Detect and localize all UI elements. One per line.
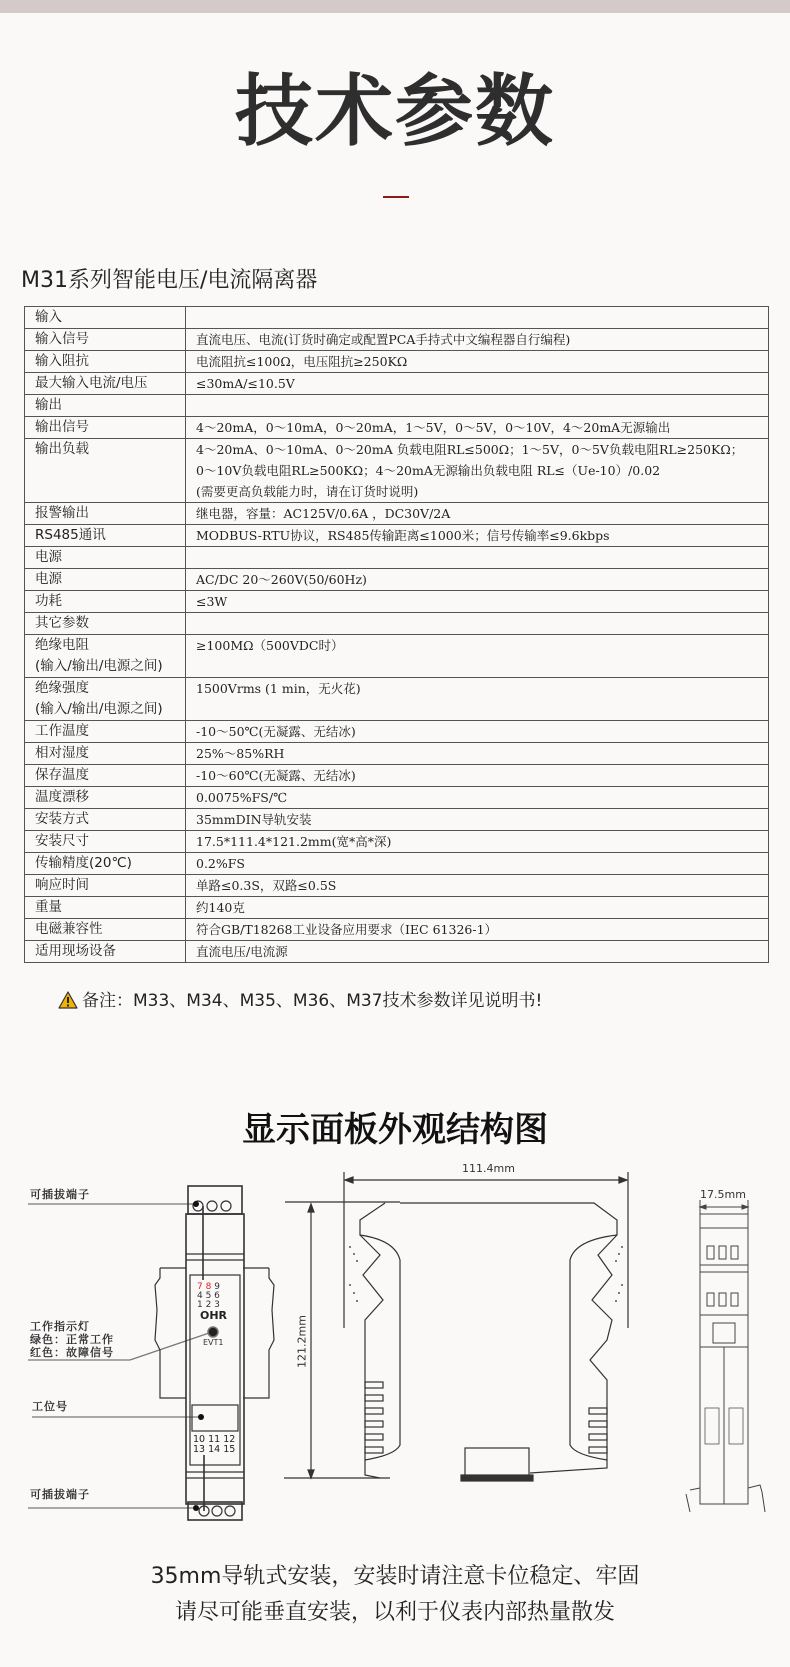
spec-key: 温度漂移	[25, 787, 186, 809]
spec-value: 继电器，容量：AC125V/0.6A ，DC30V/2A	[186, 503, 769, 525]
spec-key: 安装尺寸	[25, 831, 186, 853]
spec-key: 绝缘电阻(输入/输出/电源之间)	[25, 635, 186, 678]
table-row: 响应时间单路≤0.3S，双路≤0.5S	[25, 875, 769, 897]
table-row: 输入阻抗电流阻抗≤100Ω，电压阻抗≥250KΩ	[25, 351, 769, 373]
spec-value: 1500Vrms (1 min，无火花)	[186, 678, 769, 721]
spec-value: 35mmDIN导轨安装	[186, 809, 769, 831]
spec-value: 25%～85%RH	[186, 743, 769, 765]
spec-value: -10～50℃(无凝露、无结冰)	[186, 721, 769, 743]
product-subtitle: M31系列智能电压/电流隔离器	[21, 266, 317, 296]
spec-key: 工作温度	[25, 721, 186, 743]
table-row: 重量约140克	[25, 897, 769, 919]
table-section-row: 电源	[25, 547, 769, 569]
terminal-numbers-top: 7 8 9 4 5 6 1 2 3	[197, 1283, 220, 1310]
footer-line-1: 35mm导轨式安装，安装时请注意卡位稳定、牢固	[0, 1561, 790, 1593]
spec-key: 相对湿度	[25, 743, 186, 765]
warning-icon	[58, 991, 78, 1017]
spec-value: 0.2%FS	[186, 853, 769, 875]
table-row: 绝缘电阻(输入/输出/电源之间)≥100MΩ（500VDC时）	[25, 635, 769, 678]
spec-value: MODBUS-RTU协议，RS485传输距离≤1000米；信号传输率≤9.6kb…	[186, 525, 769, 547]
table-row: RS485通讯MODBUS-RTU协议，RS485传输距离≤1000米；信号传输…	[25, 525, 769, 547]
table-section-row: 其它参数	[25, 613, 769, 635]
dimension-height: 111.4mm	[462, 1162, 515, 1175]
spec-key: 适用现场设备	[25, 941, 186, 963]
spec-table-body: 输入输入信号直流电压、电流(订货时确定或配置PCA手持式中文编程器自行编程)输入…	[25, 307, 769, 963]
table-row: 电源AC/DC 20～260V(50/60Hz)	[25, 569, 769, 591]
spec-value: 0.0075%FS/℃	[186, 787, 769, 809]
table-row: 输出负载4～20mA、0～10mA、0～20mA 负载电阻RL≤500Ω；1～5…	[25, 439, 769, 503]
spec-value: 约140克	[186, 897, 769, 919]
spec-key: 输出信号	[25, 417, 186, 439]
table-row: 输出信号4～20mA，0～10mA，0～20mA，1～5V，0～5V，0～10V…	[25, 417, 769, 439]
table-row: 输入信号直流电压、电流(订货时确定或配置PCA手持式中文编程器自行编程)	[25, 329, 769, 351]
spec-key: 响应时间	[25, 875, 186, 897]
spec-key: 报警输出	[25, 503, 186, 525]
spec-value: ≤3W	[186, 591, 769, 613]
diagram-title: 显示面板外观结构图	[0, 1108, 790, 1152]
diagram-drawing	[0, 1150, 790, 1530]
table-row: 安装尺寸17.5*111.4*121.2mm(宽*高*深)	[25, 831, 769, 853]
table-row: 工作温度-10～50℃(无凝露、无结冰)	[25, 721, 769, 743]
terminal-numbers-bottom: 10 11 12 13 14 15	[193, 1435, 235, 1455]
spec-key: 电磁兼容性	[25, 919, 186, 941]
spec-value: 直流电压、电流(订货时确定或配置PCA手持式中文编程器自行编程)	[186, 329, 769, 351]
spec-value: 直流电压/电流源	[186, 941, 769, 963]
spec-value: ≥100MΩ（500VDC时）	[186, 635, 769, 678]
spec-key: 最大输入电流/电压	[25, 373, 186, 395]
structure-diagram: 可插拔端子 工作指示灯 绿色：正常工作 红色：故障信号 工位号 可插拔端子	[0, 1150, 790, 1530]
spec-value: -10～60℃(无凝露、无结冰)	[186, 765, 769, 787]
spec-key: 保存温度	[25, 765, 186, 787]
spec-key: 输入阻抗	[25, 351, 186, 373]
note: 备注：M33、M34、M35、M36、M37技术参数详见说明书!	[58, 988, 542, 1017]
table-row: 最大输入电流/电压≤30mA/≤10.5V	[25, 373, 769, 395]
spec-value	[186, 613, 769, 635]
note-text: 备注：M33、M34、M35、M36、M37技术参数详见说明书!	[82, 991, 542, 1011]
front-brand: OHR	[200, 1309, 227, 1322]
spec-key: 输入	[25, 307, 186, 329]
spec-key: 安装方式	[25, 809, 186, 831]
spec-value: 17.5*111.4*121.2mm(宽*高*深)	[186, 831, 769, 853]
spec-value	[186, 395, 769, 417]
table-row: 报警输出继电器，容量：AC125V/0.6A ，DC30V/2A	[25, 503, 769, 525]
spec-value: 4～20mA、0～10mA、0～20mA 负载电阻RL≤500Ω；1～5V，0～…	[186, 439, 769, 503]
dimension-width: 17.5mm	[700, 1188, 746, 1201]
spec-key: 绝缘强度(输入/输出/电源之间)	[25, 678, 186, 721]
page-title: 技术参数	[0, 62, 790, 162]
spec-key: 其它参数	[25, 613, 186, 635]
table-row: 安装方式35mmDIN导轨安装	[25, 809, 769, 831]
table-row: 温度漂移0.0075%FS/℃	[25, 787, 769, 809]
spec-key: 电源	[25, 569, 186, 591]
top-bar	[0, 0, 790, 13]
table-row: 相对湿度25%～85%RH	[25, 743, 769, 765]
spec-value: 电流阻抗≤100Ω，电压阻抗≥250KΩ	[186, 351, 769, 373]
spec-key: 功耗	[25, 591, 186, 613]
table-row: 电磁兼容性符合GB/T18268工业设备应用要求（IEC 61326-1）	[25, 919, 769, 941]
table-row: 功耗≤3W	[25, 591, 769, 613]
table-row: 适用现场设备直流电压/电流源	[25, 941, 769, 963]
spec-key: 输出	[25, 395, 186, 417]
title-divider	[383, 196, 409, 198]
spec-key: 输出负载	[25, 439, 186, 503]
spec-value: AC/DC 20～260V(50/60Hz)	[186, 569, 769, 591]
spec-key: 电源	[25, 547, 186, 569]
spec-value: 符合GB/T18268工业设备应用要求（IEC 61326-1）	[186, 919, 769, 941]
spec-value: 单路≤0.3S，双路≤0.5S	[186, 875, 769, 897]
spec-table: 输入输入信号直流电压、电流(订货时确定或配置PCA手持式中文编程器自行编程)输入…	[24, 306, 769, 963]
table-row: 绝缘强度(输入/输出/电源之间)1500Vrms (1 min，无火花)	[25, 678, 769, 721]
spec-value	[186, 307, 769, 329]
spec-key: RS485通讯	[25, 525, 186, 547]
spec-key: 重量	[25, 897, 186, 919]
dimension-depth: 121.2mm	[296, 1302, 309, 1382]
spec-key: 输入信号	[25, 329, 186, 351]
table-row: 保存温度-10～60℃(无凝露、无结冰)	[25, 765, 769, 787]
spec-key: 传输精度(20℃)	[25, 853, 186, 875]
table-section-row: 输出	[25, 395, 769, 417]
footer-line-2: 请尽可能垂直安装，以利于仪表内部热量散发	[0, 1597, 790, 1629]
spec-value	[186, 547, 769, 569]
front-led-label: EVT1	[203, 1338, 224, 1347]
spec-value: ≤30mA/≤10.5V	[186, 373, 769, 395]
table-row: 传输精度(20℃)0.2%FS	[25, 853, 769, 875]
spec-value: 4～20mA，0～10mA，0～20mA，1～5V，0～5V，0～10V，4～2…	[186, 417, 769, 439]
table-section-row: 输入	[25, 307, 769, 329]
